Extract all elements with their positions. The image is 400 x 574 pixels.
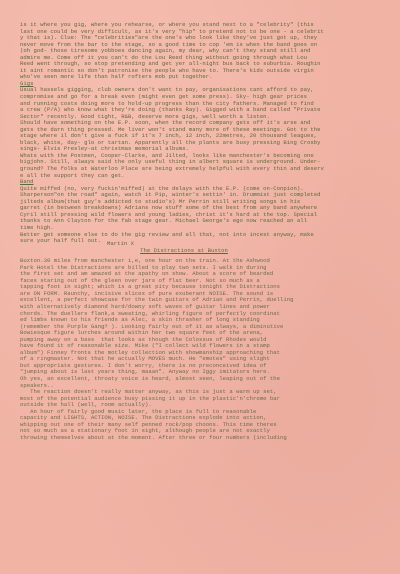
review-title: The Distractions at Buxton (20, 248, 388, 255)
author-signature: Martin X (107, 241, 134, 248)
gigs-section: Usual hassels gigging, club owners don't… (20, 87, 388, 179)
text-line: throwing themselves about at the moment.… (20, 435, 388, 442)
fanzine-page: is it where you gig, where you rehearse,… (20, 22, 388, 441)
intro-paragraph: is it where you gig, where you rehearse,… (20, 22, 388, 81)
text-line: sure your half full out. (20, 237, 101, 244)
signoff-line: sure your half full out.Martin X (20, 238, 388, 245)
band-section: Quite miffed (no, very fuckin'miffed) at… (20, 186, 388, 245)
review-section: Buxton.30 miles from manchester i,e, one… (20, 258, 388, 441)
